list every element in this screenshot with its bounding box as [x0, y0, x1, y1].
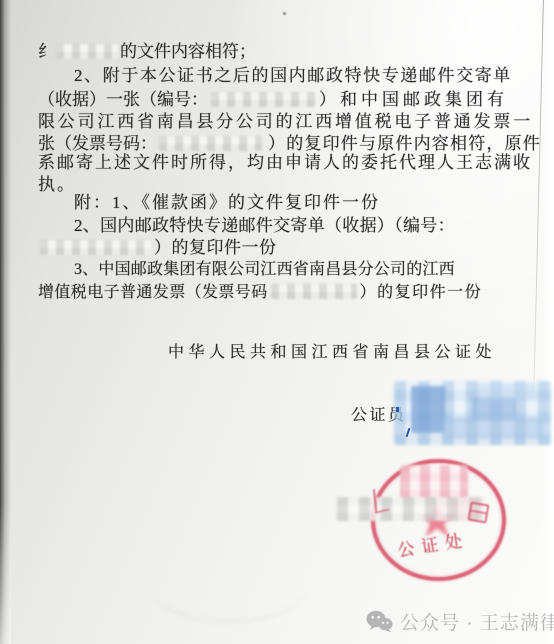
- body-line-7: 执。: [38, 175, 76, 195]
- body-line-2: 2、附于本公证书之后的国内邮政特快专递邮件交寄单: [74, 66, 512, 86]
- signature-redaction-mosaic: [394, 381, 552, 445]
- body-line-5: 张（发票号码：）的复印件与原件内容相符，原件: [38, 134, 541, 154]
- line-text: （收据）一张（编号：: [38, 90, 208, 109]
- seal-redaction-mosaic-band: [337, 497, 483, 521]
- watermark: 公众号 · 王志满律师: [366, 608, 554, 634]
- watermark-text: 公众号 · 王志满律师: [400, 608, 554, 635]
- attachment-line-2: 2、国内邮政特快专递邮件交寄单（收据）（编号：: [74, 216, 455, 236]
- redaction-blur: [271, 284, 357, 299]
- redaction-blur: [56, 44, 118, 59]
- page-right-edge: [542, 0, 554, 644]
- line-text: 的文件内容相符；: [120, 42, 256, 61]
- signature-mosaic-block: [411, 386, 445, 433]
- notary-office-name: 中华人民共和国江西省南昌县公证处: [168, 343, 496, 363]
- seal-text-fragment-right: [467, 501, 489, 523]
- line-text: ）和中国邮政集团有: [319, 90, 508, 109]
- body-line-1: 纟的文件内容相符；: [38, 42, 256, 62]
- scan-speck: [283, 12, 286, 15]
- line-text: 张（发票号码：: [38, 134, 157, 153]
- signature-ink-mark: [396, 407, 399, 412]
- scan-left-shadow-fade: [0, 0, 11, 644]
- line-text: ）的复印件一份: [154, 238, 277, 257]
- attachment-line-3: ）的复印件一份: [40, 238, 277, 258]
- body-line-6: 系邮寄上述文件时所得，均由申请人的委托代理人王志满收: [38, 153, 532, 173]
- wechat-icon: [366, 610, 393, 633]
- redaction-blur: [211, 92, 315, 107]
- redaction-blur: [40, 240, 151, 255]
- line-text: 增值税电子普通发票（发票号码: [38, 284, 268, 301]
- signature-mosaic-block: [478, 383, 536, 400]
- scanned-notarial-certificate-page: 纟的文件内容相符； 2、附于本公证书之后的国内邮政特快专递邮件交寄单 （收据）一…: [0, 0, 554, 644]
- attachment-line-5: 增值税电子普通发票（发票号码）的复印件一份: [38, 283, 482, 303]
- faint-ink-ghost: [150, 548, 310, 623]
- partial-character: 纟: [38, 42, 55, 61]
- body-line-4: 限公司江西省南昌县分公司的江西增值税电子普通发票一: [38, 112, 533, 132]
- line-text: ）的复印件一份: [360, 284, 483, 301]
- line-text: ）的复印件与原件内容相符，原件: [268, 134, 541, 153]
- redaction-blur: [159, 136, 262, 151]
- signature-mosaic-block: [442, 417, 542, 439]
- attachment-line-1: 附：1、《催款函》的文件复印件一份: [74, 193, 380, 213]
- seal-redaction-mosaic-top: [400, 465, 468, 499]
- seal-text-fragment-left: [373, 486, 389, 513]
- attachment-line-4: 3、中国邮政集团有限公司江西省南昌县分公司的江西: [74, 260, 455, 280]
- body-line-3: （收据）一张（编号：）和中国邮政集团有: [38, 90, 508, 110]
